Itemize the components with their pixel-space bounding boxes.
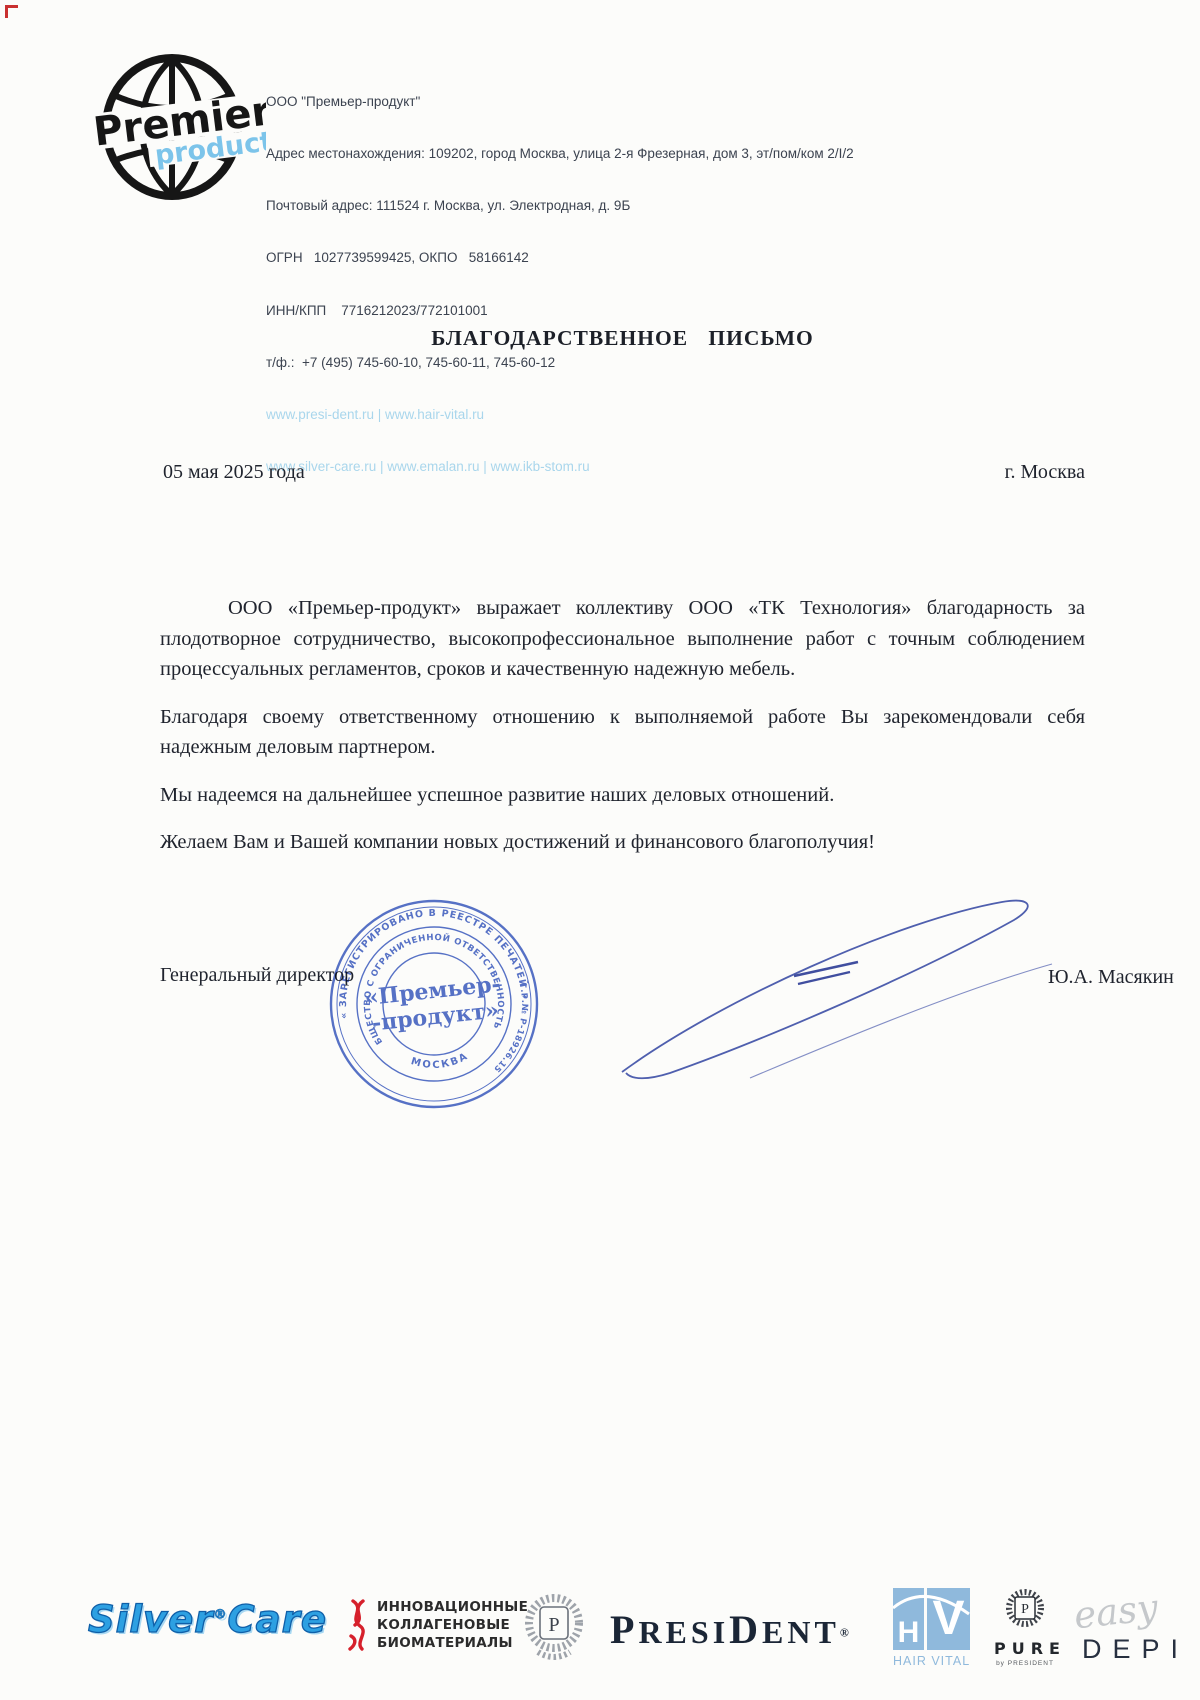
president-crest-letter: P [548,1614,559,1636]
letter-title: БЛАГОДАРСТВЕННОЕ ПИСЬМО [160,326,1085,351]
company-details: ООО "Премьер-продукт" Адрес местонахожде… [266,58,854,511]
president-wordmark: PRESIDENT® [610,1606,849,1653]
letter-city: г. Москва [1005,461,1085,484]
silver-care-word1: Silver [88,1598,213,1641]
company-phones: т/ф.: +7 (495) 745-60-10, 745-60-11, 745… [266,354,854,371]
hair-vital-monogram: H V [893,1588,973,1650]
silver-care-word2: Care [227,1598,326,1641]
hair-vital-logo: H V HAIR VITAL [893,1588,973,1668]
president-ent: ENT [762,1614,840,1650]
pure-logo: P PURE by PRESIDENT [994,1588,1056,1667]
president-logo: P PRESIDENT® [522,1592,849,1666]
president-d: D [729,1607,762,1652]
collagen-ribbon-icon [346,1598,370,1652]
collagen-biomaterials-logo: ИННОВАЦИОННЫЕ КОЛЛАГЕНОВЫЕ БИОМАТЕРИАЛЫ [346,1598,528,1652]
president-p: P [610,1607,638,1652]
pure-wordmark: PURE [994,1639,1056,1658]
collagen-line1: ИННОВАЦИОННЫЕ [377,1598,528,1616]
company-ogrn-okpo: ОГРН 1027739599425, ОКПО 58166142 [266,249,854,266]
pure-by-president: by PRESIDENT [994,1660,1056,1667]
company-websites-1: www.presi-dent.ru | www.hair-vital.ru [266,406,854,423]
hair-vital-swoosh [893,1588,970,1618]
collagen-line2: КОЛЛАГЕНОВЫЕ [377,1616,528,1634]
silver-care-reg-mark: ® [213,1608,227,1623]
easy-script-word: easy [1072,1586,1160,1638]
collagen-text: ИННОВАЦИОННЫЕ КОЛЛАГЕНОВЫЕ БИОМАТЕРИАЛЫ [377,1598,528,1652]
silver-care-logo: Silver®Care [88,1598,327,1641]
brand-logos-strip: Silver®Care ИННОВАЦИОННЫЕ КОЛЛАГЕНОВЫЕ Б… [0,1580,1200,1700]
hair-vital-label: HAIR VITAL [893,1654,973,1668]
company-address: Адрес местонахождения: 109202, город Мос… [266,145,854,162]
president-reg-mark: ® [840,1625,849,1639]
letter-body: ООО «Премьер-продукт» выражает коллектив… [160,593,1085,875]
scan-corner-mark [5,5,18,18]
company-stamp: « ЗАРЕГИСТРИРОВАНО В РЕЕСТРЕ ПЕЧАТЕЙ » Г… [322,892,546,1116]
company-name: ООО "Премьер-продукт" [266,93,854,110]
pure-crest-icon: P [1002,1588,1048,1632]
paragraph-4: Желаем Вам и Вашей компании новых достиж… [160,827,1085,858]
paragraph-1: ООО «Премьер-продукт» выражает коллектив… [160,593,1085,685]
collagen-line3: БИОМАТЕРИАЛЫ [377,1634,528,1652]
company-websites-2: www.silver-care.ru | www.emalan.ru | www… [266,458,854,475]
paragraph-2: Благодаря своему ответственному отношени… [160,702,1085,763]
depi-word: DEPI [1082,1634,1189,1665]
company-inn-kpp: ИНН/КПП 7716212023/772101001 [266,302,854,319]
paragraph-3: Мы надеемся на дальнейшее успешное разви… [160,780,1085,811]
company-postal-address: Почтовый адрес: 111524 г. Москва, ул. Эл… [266,197,854,214]
pure-crest-letter: P [1021,1602,1029,1617]
premier-product-logo: Premier product [94,52,266,202]
letter-date: 05 мая 2025 года [163,461,305,484]
letter-page: Premier product ООО "Премьер-продукт" Ад… [0,0,1200,1700]
president-crest-icon: P [522,1592,586,1666]
handwritten-signature [600,880,1070,1090]
president-resi: RESI [638,1614,729,1650]
